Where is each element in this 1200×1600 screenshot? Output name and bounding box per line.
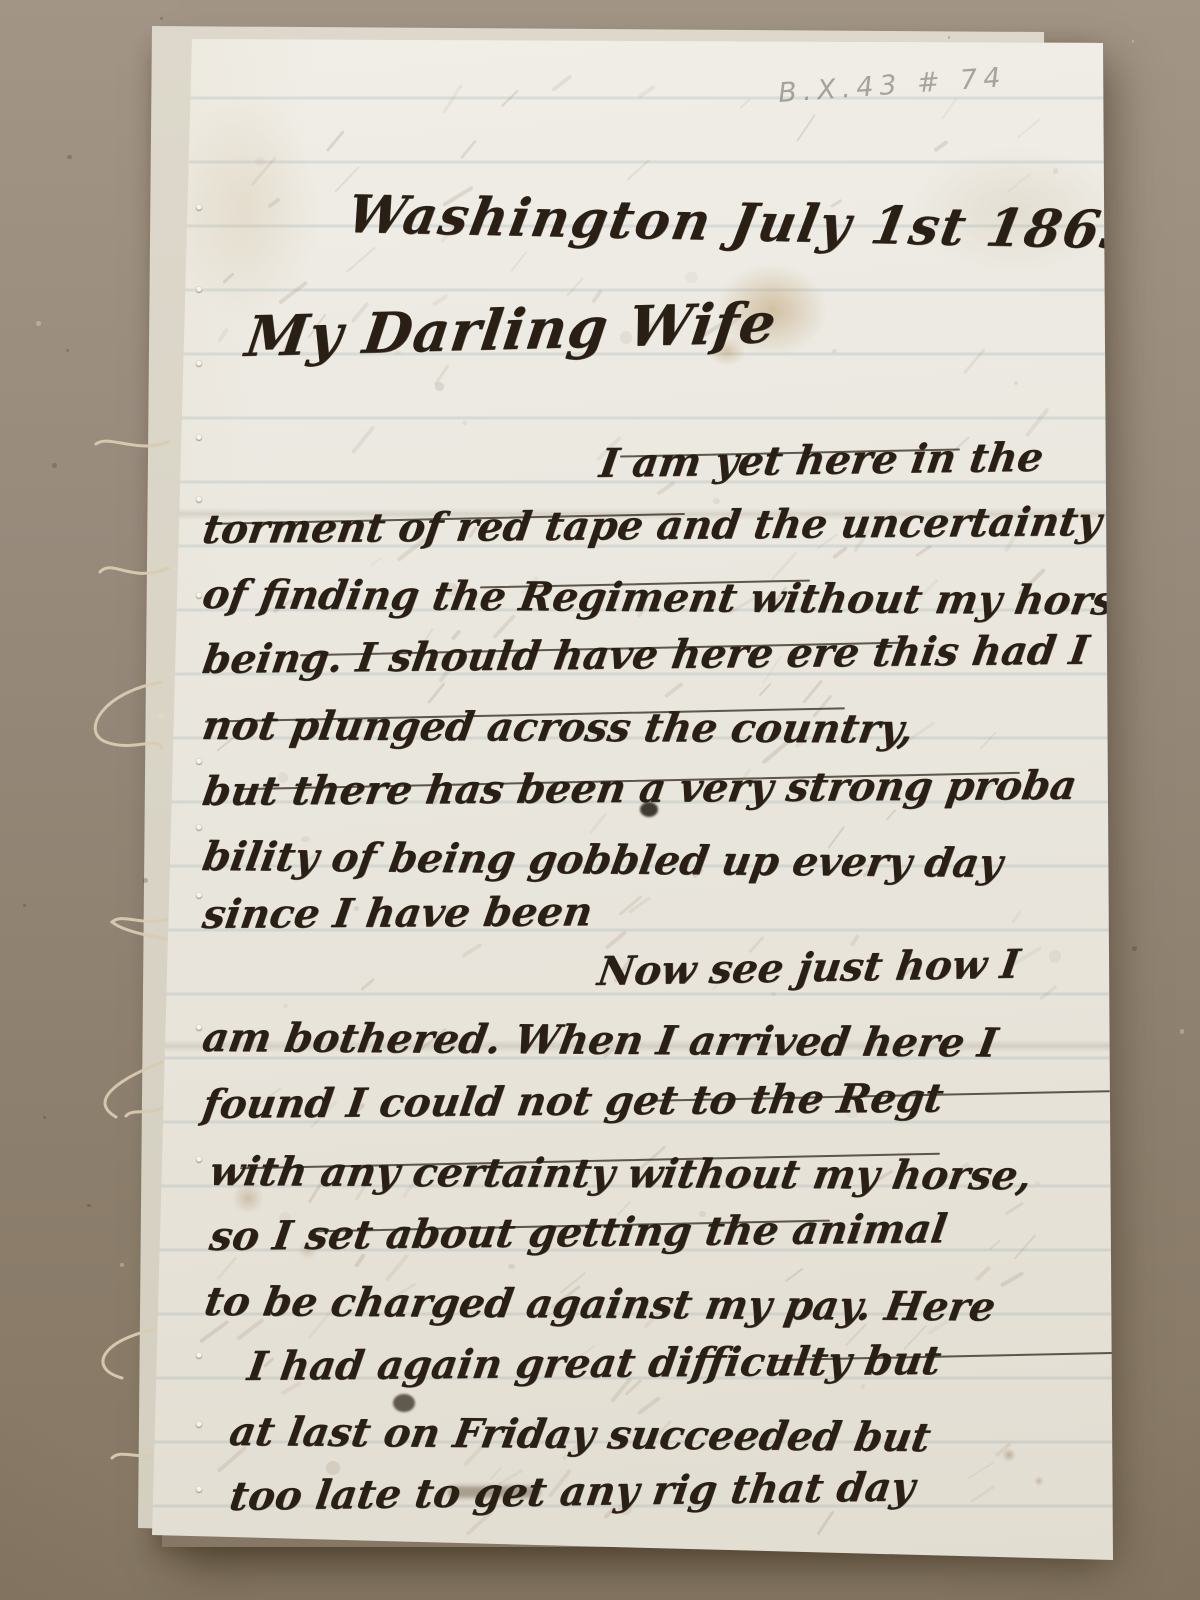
letter-body-line: torment of red tape and the uncertainty — [199, 498, 1104, 553]
letter-body-line: bility of being gobbled up every day — [199, 833, 1006, 887]
bleed-through-mark — [886, 809, 897, 821]
bleed-through-mark — [222, 272, 234, 284]
bleed-through-mark — [460, 140, 477, 160]
bleed-through-mark — [267, 197, 281, 209]
letter-body-line: to be charged against my pay. Here — [201, 1278, 999, 1331]
bleed-through-mark — [1018, 118, 1041, 138]
board-speck — [1180, 1029, 1184, 1033]
letter-body-line: at last on Friday succeeded but — [226, 1408, 934, 1461]
photo-of-letter: { "colors": { "background_board": "#8d7f… — [0, 0, 1200, 1600]
bleed-through-mark — [326, 130, 344, 151]
bleed-through-mark — [664, 682, 684, 698]
bleed-through-mark — [462, 942, 483, 957]
bleed-through-mark — [796, 114, 816, 142]
letter-body-line: with any certainty without my horse, — [206, 1148, 1035, 1199]
sewing-hole — [196, 204, 202, 210]
loose-thread — [100, 568, 168, 574]
loose-thread — [96, 441, 168, 446]
foxing-speck — [462, 421, 467, 425]
letter-body-line: I am yet here in the — [597, 434, 1047, 487]
letter-body-line: am bothered. When I arrived here I — [199, 1014, 1001, 1067]
foxing-speck — [283, 1004, 288, 1008]
letter-salutation: My Darling Wife — [242, 290, 781, 370]
letter-body-line: of finding the Regiment without my horse — [199, 571, 1144, 625]
sewing-hole — [196, 1421, 202, 1427]
sewing-hole — [196, 1486, 202, 1492]
bleed-through-mark — [967, 1461, 994, 1479]
sewing-hole — [196, 892, 202, 898]
foxing-speck — [832, 349, 836, 353]
letter-sheet: B.X.43 # 74 Washington July 1st 1863 My … — [150, 36, 1115, 1564]
foxing-speck — [861, 1384, 865, 1389]
sewing-hole — [196, 360, 202, 366]
board-speck — [23, 904, 26, 907]
board-speck — [66, 349, 69, 352]
foxing-speck — [1035, 1181, 1040, 1184]
letter-body-line: found I could not get to the Regt — [199, 1075, 946, 1128]
bleed-through-mark — [759, 683, 772, 697]
board-speck — [52, 463, 57, 468]
foxing-speck — [508, 1264, 515, 1269]
board-speck — [36, 321, 40, 325]
sewing-hole — [196, 824, 202, 830]
loose-thread — [112, 918, 172, 940]
sewing-hole — [196, 1024, 202, 1030]
foxing-speck — [1049, 950, 1061, 963]
bleed-through-mark — [975, 1265, 991, 1281]
bleed-through-mark — [785, 1267, 804, 1282]
bleed-through-mark — [510, 251, 527, 272]
board-speck — [1132, 40, 1135, 43]
foxing-speck — [435, 382, 444, 391]
foxing-speck — [771, 992, 775, 996]
bleed-through-mark — [933, 140, 948, 152]
letter-body-line: so I set about getting the animal — [207, 1205, 950, 1260]
foxing-speck — [1053, 168, 1058, 174]
bleed-through-mark — [1000, 1271, 1025, 1287]
bleed-through-mark — [626, 159, 650, 181]
sewing-hole — [196, 1156, 202, 1162]
bleed-through-mark — [370, 557, 382, 566]
bleed-through-mark — [989, 1239, 1002, 1251]
foxing-speck — [1014, 381, 1019, 385]
sewing-hole — [196, 1352, 202, 1358]
bleed-through-mark — [1011, 910, 1022, 924]
bleed-through-mark — [970, 1485, 996, 1503]
bleed-through-mark — [346, 247, 376, 273]
board-speck — [43, 1116, 46, 1119]
bleed-through-mark — [994, 1442, 1011, 1457]
letter-body-line: too late to get any rig that day — [227, 1463, 918, 1520]
bleed-through-mark — [351, 425, 376, 454]
board-speck — [67, 155, 72, 160]
board-speck — [1132, 946, 1137, 951]
letter-body-line: since I have been — [199, 888, 595, 938]
bleed-through-mark — [963, 348, 986, 374]
bleed-through-mark — [1006, 173, 1030, 193]
bleed-through-mark — [427, 682, 445, 704]
bleed-through-mark — [817, 1511, 835, 1536]
bleed-through-mark — [501, 90, 519, 107]
bleed-through-mark — [915, 545, 932, 558]
loose-thread — [95, 682, 162, 748]
foxing-speck — [685, 272, 698, 284]
letter-body-line: I had again great difficulty but — [244, 1337, 944, 1390]
foxing-speck — [255, 157, 265, 166]
bleed-through-mark — [941, 98, 958, 121]
bleed-through-mark — [1005, 1202, 1024, 1216]
sewing-hole — [196, 592, 202, 598]
bleed-through-mark — [1013, 1235, 1036, 1260]
bleed-through-mark — [442, 84, 463, 114]
bleed-through-mark — [277, 280, 307, 304]
board-speck — [948, 36, 951, 39]
sewing-hole — [196, 434, 202, 440]
bleed-through-mark — [980, 731, 998, 750]
bleed-through-mark — [551, 74, 572, 92]
sewing-hole — [196, 758, 202, 764]
bleed-through-mark — [740, 99, 751, 110]
loose-thread — [103, 1328, 162, 1378]
bleed-through-mark — [802, 679, 823, 703]
bleed-through-mark — [589, 812, 607, 834]
letter-body-line: Now see just how I — [595, 941, 1023, 995]
sewing-hole — [196, 496, 202, 502]
loose-thread — [126, 1106, 168, 1116]
sewing-hole — [196, 286, 202, 292]
letter-body-line: but there has been a very strong proba — [199, 762, 1079, 815]
loose-thread — [105, 1062, 162, 1117]
bleed-through-mark — [566, 277, 584, 297]
bleed-through-mark — [216, 328, 228, 344]
bleed-through-mark — [360, 978, 375, 992]
bleed-through-mark — [638, 84, 655, 98]
bleed-through-mark — [1040, 985, 1058, 1000]
board-speck — [160, 17, 162, 19]
